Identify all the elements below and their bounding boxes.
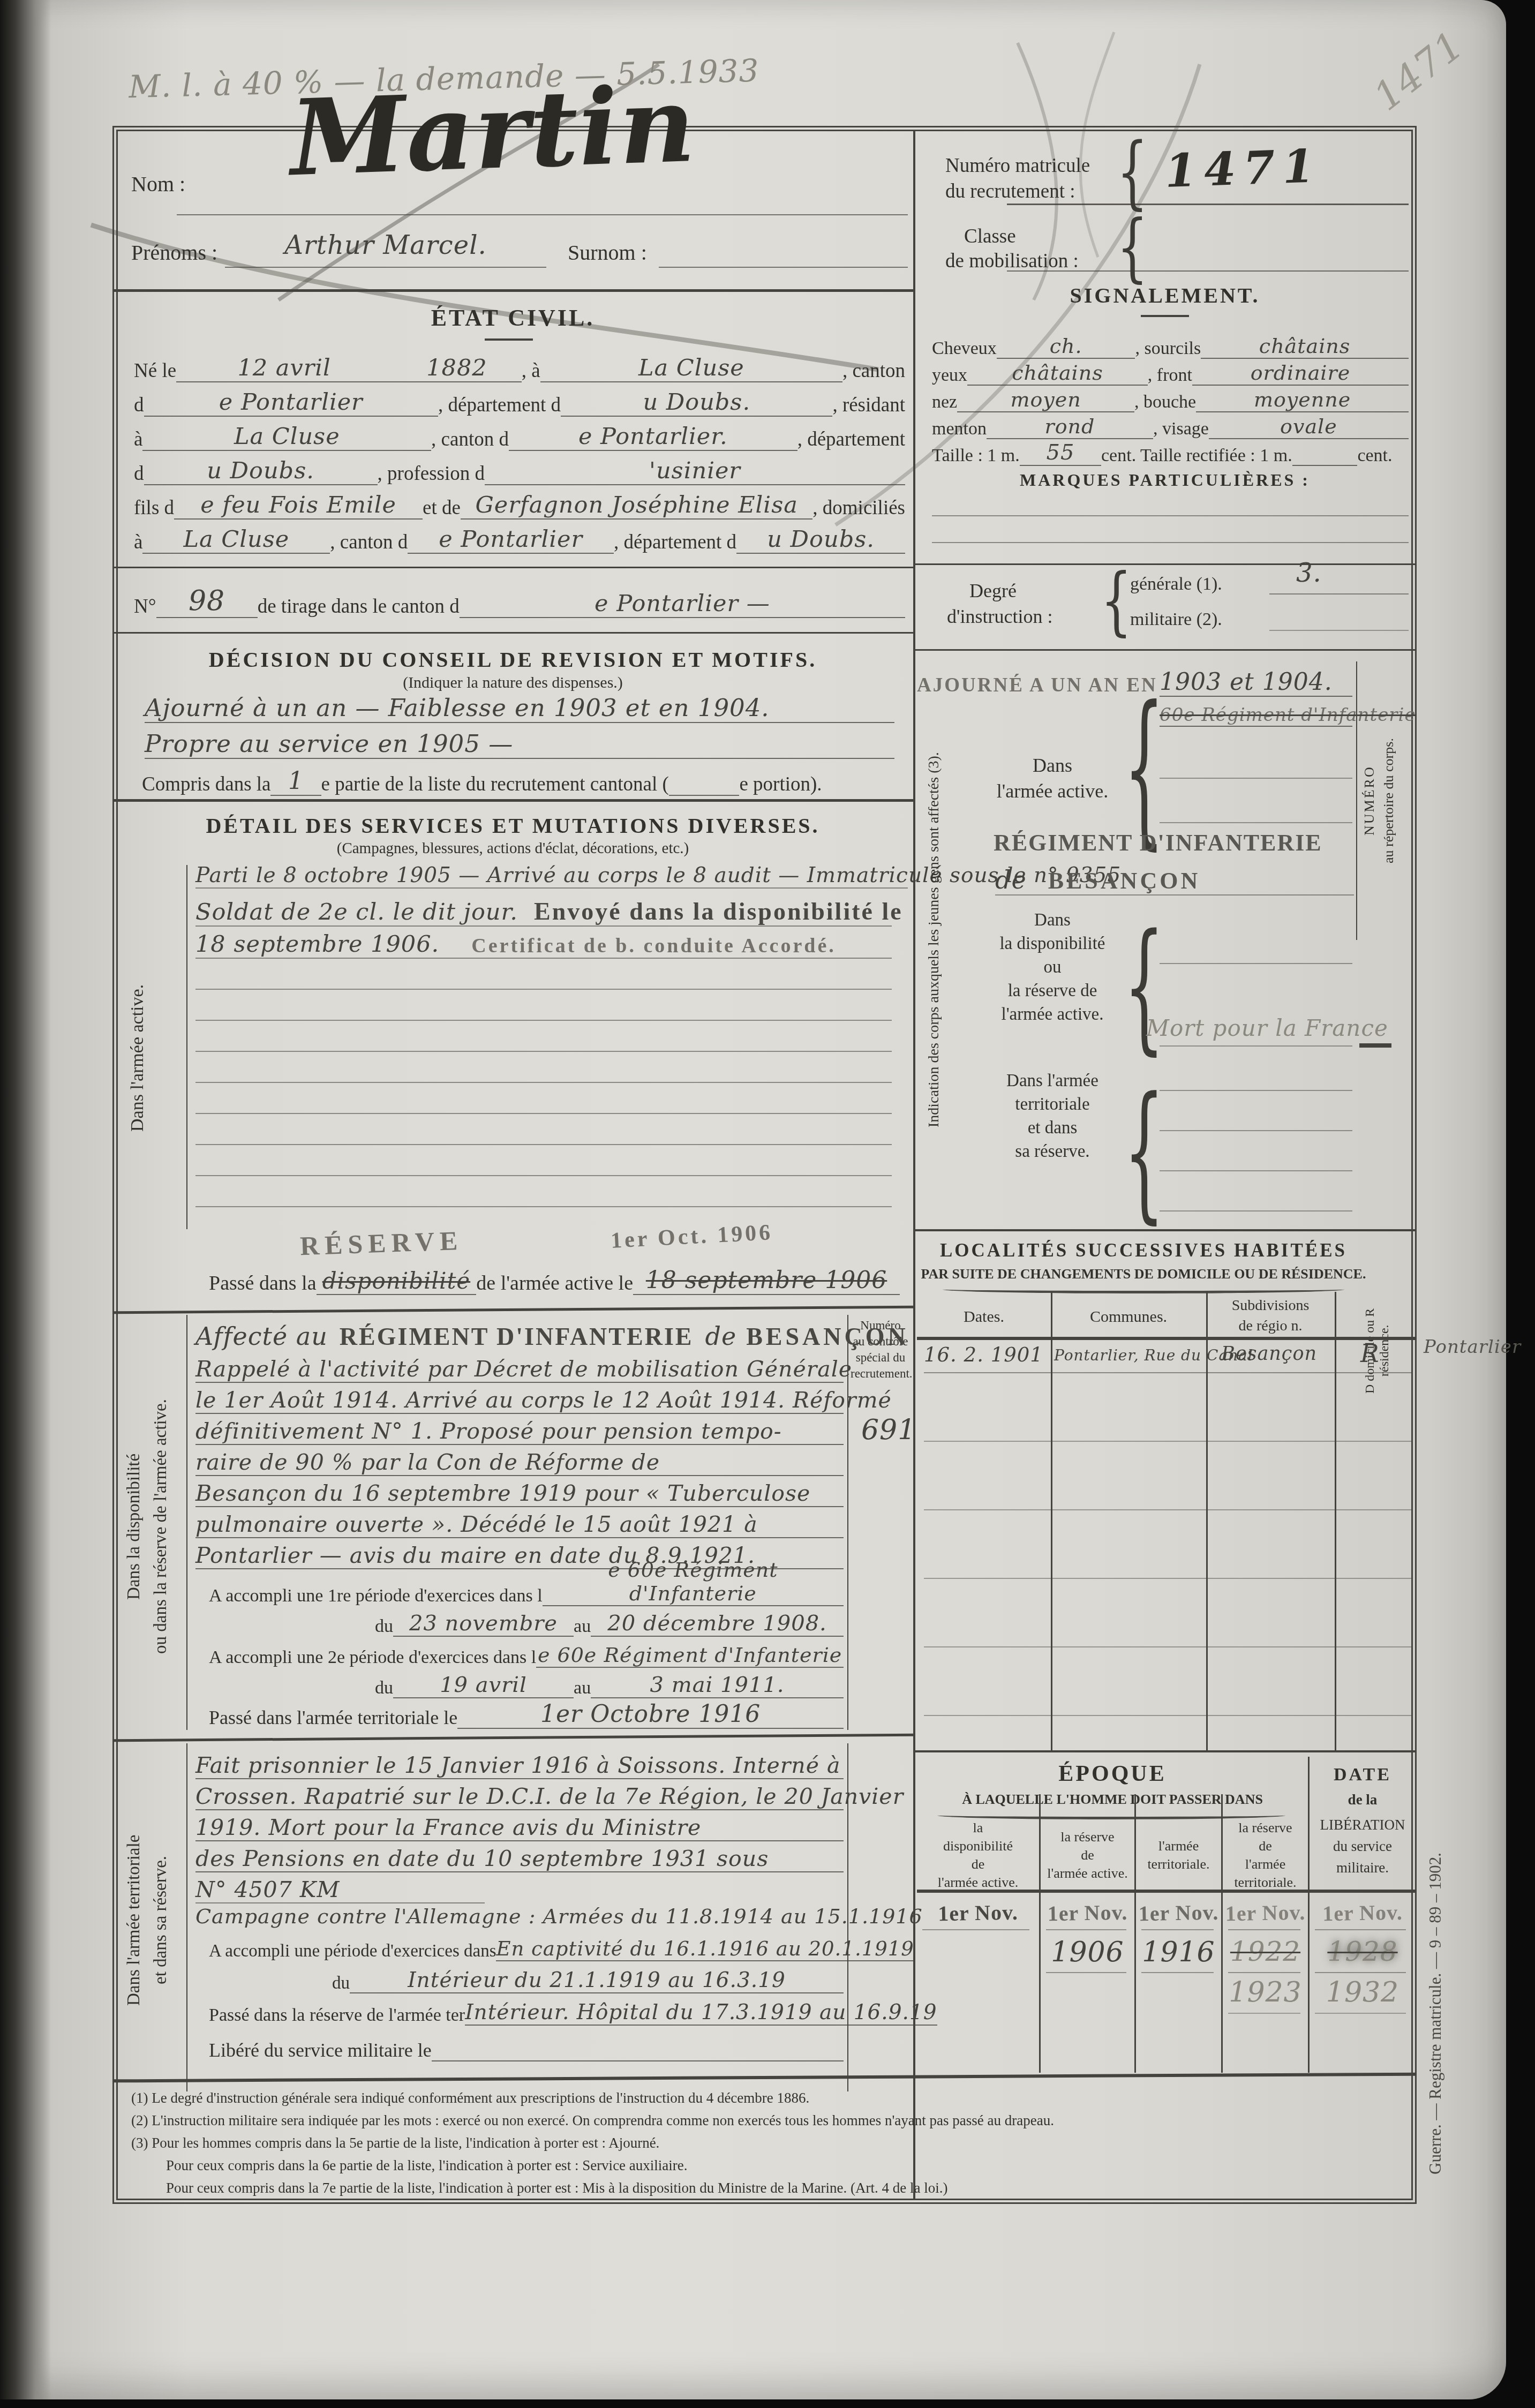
periode-2-date-end: 3 mai 1911. bbox=[591, 1673, 844, 1698]
instruction-bottom-rule bbox=[913, 649, 1417, 651]
departement-label: , département d bbox=[438, 394, 561, 417]
compris-value: 1 bbox=[270, 767, 321, 796]
epoque-nov-2: 1er Nov. bbox=[1041, 1899, 1135, 1926]
disponibilite-side-label-2: ou dans la réserve de l'armée active. bbox=[151, 1323, 171, 1730]
territoriale-side-label-2: et dans sa réserve. bbox=[151, 1751, 171, 2089]
epoque-year-liberation-new: 1932 bbox=[1310, 1976, 1416, 2008]
compris-label-c: e portion). bbox=[739, 773, 822, 796]
generale-label: générale (1). bbox=[1130, 574, 1222, 595]
signalement-row-4: menton rond , visage ovale bbox=[932, 411, 1409, 439]
terr-label-2: territoriale bbox=[988, 1095, 1117, 1115]
disponibilite-left-line bbox=[186, 1315, 187, 1730]
tirage-canton-label: de tirage dans le canton d bbox=[258, 595, 460, 618]
epoque-col2-b: de bbox=[1041, 1847, 1134, 1863]
visage-label: , visage bbox=[1153, 419, 1209, 439]
epoque-col1-c: de bbox=[917, 1856, 1039, 1872]
territoriale-hw-line-6: Campagne contre l'Allemagne : Armées du … bbox=[195, 1905, 844, 1928]
nez-value: moyen bbox=[957, 388, 1134, 412]
passe-territoriale-row: Passé dans l'armée territoriale le 1er O… bbox=[209, 1699, 844, 1729]
envoye-disponibilite-stamp: Envoyé dans la disponibilité le bbox=[534, 897, 903, 925]
regiment-60-entry: 60e Régiment d'Infanterie bbox=[1160, 704, 1352, 727]
etat-civil-row-6: à La Cluse , canton d e Pontarlier , dép… bbox=[134, 521, 905, 554]
disponibilite-hw-line-1: Rappelé à l'activité par Décret de mobil… bbox=[195, 1356, 844, 1383]
periode-1-date-end: 20 décembre 1908. bbox=[591, 1611, 844, 1637]
portion-blank bbox=[669, 795, 740, 796]
sourcils-value: châtains bbox=[1201, 334, 1409, 359]
degre-brace-icon: { bbox=[1101, 558, 1132, 644]
controle-label-3: spécial du bbox=[851, 1351, 911, 1365]
epoque-nov-underline-2 bbox=[1046, 1929, 1126, 1930]
father-value: e feu Fois Emile bbox=[174, 492, 423, 520]
ajourne-stamp: AJOURNÉ A UN AN EN bbox=[917, 674, 1157, 697]
numero-tirage-value: 98 bbox=[156, 585, 258, 618]
localites-blank-row-5 bbox=[924, 1715, 1411, 1716]
localites-col-subdiv-2: de régio n. bbox=[1206, 1318, 1335, 1335]
marques-blank-line-2 bbox=[932, 542, 1409, 543]
libere-blank bbox=[432, 2060, 844, 2061]
epoque-col4-c: l'armée bbox=[1223, 1856, 1308, 1872]
dispo-blank-2 bbox=[1160, 1045, 1352, 1047]
periode-2-du-label: du bbox=[375, 1678, 393, 1698]
generale-underline bbox=[1269, 593, 1409, 595]
localites-blank-row-4 bbox=[924, 1646, 1411, 1647]
epoque-year2-underline-4 bbox=[1228, 2013, 1300, 2014]
territoriale-reserve-value: Intérieur. Hôpital du 17.3.1919 au 16.9.… bbox=[465, 2000, 937, 2026]
sourcils-label: , sourcils bbox=[1135, 338, 1201, 359]
decision-line-2: Propre au service en 1905 — bbox=[145, 729, 894, 759]
decision-line-1: Ajourné à un an — Faiblesse en 1903 et e… bbox=[145, 694, 894, 723]
residence-departement-label: , département bbox=[797, 428, 905, 451]
dept-value: u Doubs. bbox=[144, 457, 378, 485]
epoque-date-3: LIBÉRATION bbox=[1310, 1817, 1416, 1833]
profession-value: 'usinier bbox=[485, 457, 905, 485]
numero-tirage-label: N° bbox=[134, 595, 156, 618]
scanned-register-page: M. l. à 40 % — la demande — 5.5.1933 147… bbox=[0, 0, 1535, 2408]
periode-1-dates-row: du 23 novembre au 20 décembre 1908. bbox=[375, 1608, 844, 1637]
territoriale-periode-value: En captivité du 16.1.1916 au 20.1.1919 bbox=[496, 1937, 914, 1961]
signalement-bottom-rule bbox=[913, 563, 1417, 565]
prenoms-value: Arthur Marcel. bbox=[236, 230, 536, 260]
repertoire-column-line bbox=[1356, 661, 1357, 940]
etat-civil-row-4: d u Doubs. , profession d 'usinier bbox=[134, 452, 905, 485]
terr-blank-2 bbox=[1160, 1130, 1352, 1131]
periode-1-du-label: du bbox=[375, 1616, 393, 1637]
cheveux-label: Cheveux bbox=[932, 338, 997, 359]
armee-active-blank-1 bbox=[1160, 778, 1352, 779]
services-hw-2: Soldat de 2e cl. le dit jour. bbox=[195, 899, 518, 925]
etat-civil-row-2: d e Pontarlier , département d u Doubs. … bbox=[134, 383, 905, 417]
militaire-underline bbox=[1269, 630, 1409, 631]
taille-row: Taille : 1 m. 55 cent. Taille rectifiée … bbox=[932, 438, 1409, 466]
birth-place-value: La Cluse bbox=[540, 355, 842, 382]
corps-bottom-rule bbox=[913, 1229, 1417, 1231]
a-label: , à bbox=[522, 359, 540, 382]
passe-date-strike: 18 septembre 1906 bbox=[633, 1267, 900, 1295]
epoque-colline-2 bbox=[1134, 1794, 1136, 2073]
parents-commune-value: La Cluse bbox=[142, 526, 330, 554]
repertoire-tick bbox=[1359, 1043, 1391, 1048]
armee-active-side-label: Dans l'armée active. bbox=[127, 884, 148, 1232]
epoque-year-underline-3 bbox=[1141, 1972, 1214, 1973]
repertoire-label-1: NUMÉRO bbox=[1361, 669, 1378, 932]
armee-active-blank-2 bbox=[1160, 822, 1352, 823]
dispo-label-3: ou bbox=[988, 958, 1117, 977]
epoque-subtitle: À LAQUELLE L'HOMME DOIT PASSER DANS bbox=[917, 1792, 1308, 1808]
disponibilite-hw-line-5: Besançon du 16 septembre 1919 pour « Tub… bbox=[195, 1480, 844, 1507]
localites-row-underline-1 bbox=[924, 1372, 1411, 1373]
epoque-col1-d: l'armée active. bbox=[917, 1875, 1039, 1891]
epoque-nov-5: 1er Nov. bbox=[1310, 1899, 1416, 1926]
nom-label: Nom : bbox=[131, 171, 185, 197]
classe-underline bbox=[1007, 270, 1409, 272]
corps-side-label: Indication des corps auxquels les jeunes… bbox=[925, 661, 943, 1218]
periode-1-row: A accompli une 1re période d'exercices d… bbox=[209, 1577, 844, 1606]
localites-margin-note: Pontarlier bbox=[1424, 1336, 1521, 1358]
footnote-2: (2) L'instruction militaire sera indiqué… bbox=[131, 2112, 1406, 2129]
tirage-row: N° 98 de tirage dans le canton d e Ponta… bbox=[134, 583, 905, 618]
epoque-header-rule bbox=[917, 1890, 1416, 1893]
epoque-col3-b: territoriale. bbox=[1136, 1856, 1221, 1872]
menton-value: rond bbox=[987, 415, 1153, 439]
epoque-col4-d: territoriale. bbox=[1223, 1875, 1308, 1891]
prenoms-label: Prénoms : bbox=[131, 240, 217, 265]
localites-col-dates: Dates. bbox=[917, 1308, 1051, 1326]
territoriale-hw-line-5: N° 4507 KM bbox=[195, 1877, 485, 1903]
services-left-line bbox=[186, 865, 187, 1229]
residence-canton-label: , canton d bbox=[431, 428, 509, 451]
dispo-blank-1 bbox=[1160, 963, 1352, 964]
compris-label-b: e partie de la liste du recrutement cant… bbox=[321, 773, 669, 796]
regiment-infanterie-stamp-right: RÉGIMENT D'INFANTERIE bbox=[994, 829, 1322, 856]
localites-row-subdiv: Besançon bbox=[1221, 1343, 1328, 1365]
etat-civil-bottom-rule bbox=[112, 567, 913, 568]
epoque-date-1: DATE bbox=[1310, 1765, 1416, 1785]
marques-blank-line-1 bbox=[932, 515, 1409, 516]
canton-value: e Pontarlier bbox=[144, 389, 439, 417]
periode-2-row: A accompli une 2e période d'exercices da… bbox=[209, 1639, 844, 1668]
surnom-label: Surnom : bbox=[568, 240, 647, 265]
territoriale-du-label: du bbox=[332, 1974, 350, 1993]
periode-2-label: A accompli une 2e période d'exercices da… bbox=[209, 1647, 536, 1668]
generale-value: 3. bbox=[1296, 558, 1322, 588]
matricule-underline bbox=[1007, 204, 1409, 205]
certificat-conduite-stamp: Certificat de b. conduite Accordé. bbox=[471, 934, 836, 958]
terr-blank-1 bbox=[1160, 1090, 1352, 1091]
armee-active-label-2: l'armée active. bbox=[991, 780, 1114, 802]
disponibilite-hw-line-3: définitivement N° 1. Proposé pour pensio… bbox=[195, 1418, 844, 1445]
parents-a-label: à bbox=[134, 531, 142, 554]
ajourne-years-hw: 1903 et 1904. bbox=[1160, 668, 1352, 697]
et-de-label: et de bbox=[423, 496, 461, 520]
epoque-nov-3: 1er Nov. bbox=[1136, 1900, 1222, 1927]
territoriale-reserve-label: Passé dans la réserve de l'armée ter bbox=[209, 2005, 465, 2026]
mother-value: Gerfagnon Joséphine Elisa bbox=[461, 492, 812, 520]
prenoms-underline bbox=[225, 267, 546, 268]
localites-col-subdiv-1: Subdivisions bbox=[1206, 1297, 1335, 1314]
territoriale-side-label-1: Dans l'armée territoriale bbox=[124, 1751, 144, 2089]
localites-flourish bbox=[943, 1285, 1344, 1293]
epoque-nov-1: 1er Nov. bbox=[917, 1899, 1040, 1927]
services-subtitle: (Campagnes, blessures, actions d'éclat, … bbox=[112, 840, 913, 857]
services-hw-3: 18 septembre 1906. bbox=[195, 931, 439, 958]
localites-row-dr: R bbox=[1360, 1339, 1380, 1368]
yeux-value: châtains bbox=[967, 361, 1148, 386]
periode-1-label: A accompli une 1re période d'exercices d… bbox=[209, 1586, 543, 1606]
taille-rectifiee-blank bbox=[1292, 465, 1358, 466]
epoque-year-underline-4 bbox=[1228, 1972, 1300, 1973]
passe-disponibilite-strike: disponibilité bbox=[317, 1268, 477, 1295]
territoriale-du-value: Intérieur du 21.1.1919 au 16.3.19 bbox=[350, 1968, 844, 1993]
services-blank-line-1 bbox=[195, 989, 892, 990]
etat-civil-row-5: fils d e feu Fois Emile et de Gerfagnon … bbox=[134, 486, 905, 520]
territoriale-left-line bbox=[186, 1743, 187, 2091]
services-hw-1: Parti le 8 octobre 1905 — Arrivé au corp… bbox=[195, 863, 908, 889]
matricule-label-line2: du recrutement : bbox=[945, 180, 1075, 203]
services-hw-2-row: Soldat de 2e cl. le dit jour. Envoyé dan… bbox=[195, 896, 892, 927]
services-hw-3-row: 18 septembre 1906. Certificat de b. cond… bbox=[195, 928, 892, 959]
parents-canton-label: , canton d bbox=[330, 531, 408, 554]
epoque-col3-a: l'armée bbox=[1136, 1838, 1221, 1854]
yeux-label: yeux bbox=[932, 365, 967, 386]
degre-label-2: d'instruction : bbox=[947, 605, 1052, 628]
periode-2-value: e 60e Régiment d'Infanterie bbox=[536, 1643, 844, 1668]
epoque-date-5: militaire. bbox=[1310, 1860, 1416, 1876]
epoque-top-rule bbox=[913, 1750, 1417, 1752]
compris-row: Compris dans la 1 e partie de la liste d… bbox=[142, 766, 902, 796]
services-blank-line-2 bbox=[195, 1020, 892, 1021]
territoriale-hw-line-4: des Pensions en date du 10 septembre 193… bbox=[195, 1846, 844, 1872]
de-hw-right: de bbox=[995, 866, 1027, 894]
dept-d-label: d bbox=[134, 462, 144, 485]
parents-departement-label: , département d bbox=[614, 531, 736, 554]
epoque-colline-3 bbox=[1221, 1794, 1223, 2073]
regiment-infanterie-stamp-left: RÉGIMENT D'INFANTERIE bbox=[340, 1322, 694, 1351]
marques-title: MARQUES PARTICULIÈRES : bbox=[913, 470, 1417, 490]
epoque-year-reserve-active: 1906 bbox=[1041, 1936, 1134, 1968]
registre-matricule-margin: Guerre. — Registre matricule. — 9 – 89 –… bbox=[1426, 1650, 1445, 2378]
services-blank-line-6 bbox=[195, 1144, 892, 1145]
compris-label-a: Compris dans la bbox=[142, 773, 270, 796]
epoque-col2-a: la réserve bbox=[1041, 1829, 1134, 1845]
armee-active-label-1: Dans bbox=[991, 754, 1114, 777]
territoriale-reserve-row: Passé dans la réserve de l'armée ter Int… bbox=[209, 1997, 844, 2026]
taille-value: 55 bbox=[1020, 440, 1101, 466]
de-hw: de bbox=[705, 1322, 737, 1351]
footnote-1: (1) Le degré d'instruction générale sera… bbox=[131, 2090, 1406, 2106]
epoque-year-underline-2 bbox=[1046, 1972, 1126, 1973]
besancon-row-right: de BESANÇON bbox=[995, 863, 1354, 896]
territoriale-hw-line-1: Fait prisonnier le 15 Janvier 1916 à Soi… bbox=[195, 1752, 844, 1779]
epoque-year-liberation-old: 1928 bbox=[1310, 1936, 1416, 1967]
residence-canton-value: e Pontarlier. bbox=[509, 423, 797, 451]
front-label: , front bbox=[1148, 365, 1192, 386]
localites-colline-1 bbox=[1051, 1292, 1052, 1750]
cheveux-value: ch. bbox=[997, 334, 1135, 359]
taille-label-b: cent. Taille rectifiée : 1 m. bbox=[1101, 446, 1292, 466]
passe-territoriale-label: Passé dans l'armée territoriale le bbox=[209, 1706, 457, 1729]
militaire-label: militaire (2). bbox=[1130, 609, 1222, 630]
departement-value: u Doubs. bbox=[561, 389, 832, 417]
epoque-year-territoriale: 1916 bbox=[1136, 1936, 1221, 1968]
localites-header-rule bbox=[917, 1337, 1416, 1340]
epoque-col4-a: la réserve bbox=[1223, 1820, 1308, 1836]
signalement-row-1: Cheveux ch. , sourcils châtains bbox=[932, 331, 1409, 359]
footnote-4: Pour ceux compris dans la 6e partie de l… bbox=[166, 2157, 1406, 2174]
ne-le-label: Né le bbox=[134, 359, 176, 382]
periode-2-date-start: 19 avril bbox=[393, 1673, 574, 1698]
periode-2-au-label: au bbox=[574, 1678, 591, 1698]
epoque-col4-b: de bbox=[1223, 1838, 1308, 1854]
residence-a-label: à bbox=[134, 428, 142, 451]
reserve-stamp: RÉSERVE bbox=[299, 1225, 463, 1262]
libere-row: Libéré du service militaire le bbox=[209, 2033, 844, 2061]
bouche-label: , bouche bbox=[1134, 392, 1196, 412]
periode-2-dates-row: du 19 avril au 3 mai 1911. bbox=[375, 1669, 844, 1698]
affecte-row: Affecté au RÉGIMENT D'INFANTERIE de BESA… bbox=[195, 1319, 844, 1351]
passe-label-b: de l'armée active le bbox=[476, 1271, 633, 1295]
localites-title-2: PAR SUITE DE CHANGEMENTS DE DOMICILE OU … bbox=[913, 1266, 1374, 1282]
dispo-label-5: l'armée active. bbox=[988, 1005, 1117, 1025]
mort-pour-la-france-hw: Mort pour la France bbox=[1146, 1015, 1387, 1041]
terr-brace-icon: { bbox=[1124, 1067, 1164, 1238]
residant-label: , résidant bbox=[832, 394, 905, 417]
nom-underline bbox=[177, 214, 908, 215]
services-blank-line-3 bbox=[195, 1051, 892, 1052]
nez-label: nez bbox=[932, 392, 957, 412]
birth-year-value: 1882 bbox=[392, 355, 522, 382]
passe-label-a: Passé dans la bbox=[209, 1271, 317, 1295]
epoque-date-2: de la bbox=[1310, 1792, 1416, 1808]
localites-blank-row-2 bbox=[924, 1509, 1411, 1510]
dispo-label-1: Dans bbox=[988, 910, 1117, 930]
matricule-label-line1: Numéro matricule bbox=[945, 154, 1090, 177]
footnote-3: (3) Pour les hommes compris dans la 5e p… bbox=[131, 2135, 1406, 2151]
dispo-label-2: la disponibilité bbox=[988, 934, 1117, 954]
besancon-stamp-left: BESANÇON bbox=[746, 1322, 909, 1351]
controle-value: 691 bbox=[861, 1414, 916, 1446]
epoque-col1-a: la bbox=[917, 1820, 1039, 1836]
territoriale-hw-line-2: Crossen. Rapatrié sur le D.C.I. de la 7e… bbox=[195, 1784, 844, 1810]
besancon-stamp-right: BESANÇON bbox=[1048, 867, 1201, 894]
epoque-nov-underline-4 bbox=[1228, 1929, 1300, 1930]
decision-bottom-rule bbox=[112, 799, 913, 802]
etat-civil-row-3: à La Cluse , canton d e Pontarlier. , dé… bbox=[134, 418, 905, 451]
footnote-5: Pour ceux compris dans la 7e partie de l… bbox=[166, 2180, 1406, 2196]
territoriale-periode-label: A accompli une période d'exercices dans bbox=[209, 1942, 496, 1961]
disponibilite-hw-line-6: pulmonaire ouverte ». Décédé le 15 août … bbox=[195, 1511, 844, 1538]
terr-label-1: Dans l'armée bbox=[988, 1071, 1117, 1091]
parents-departement-value: u Doubs. bbox=[736, 526, 905, 554]
signalement-row-3: nez moyen , bouche moyenne bbox=[932, 385, 1409, 412]
localites-blank-row-1 bbox=[924, 1441, 1411, 1442]
disponibilite-hw-line-4: raire de 90 % par la Con de Réforme de bbox=[195, 1449, 844, 1476]
fils-de-label: fils d bbox=[134, 496, 174, 520]
disponibilite-hw-line-2: le 1er Août 1914. Arrivé au corps le 12 … bbox=[195, 1387, 844, 1414]
menton-label: menton bbox=[932, 419, 987, 439]
decision-title: DÉCISION DU CONSEIL DE REVISION ET MOTIF… bbox=[112, 647, 913, 672]
column-divider bbox=[913, 131, 915, 2199]
periode-1-date-start: 23 novembre bbox=[393, 1611, 574, 1637]
localites-col-communes: Communes. bbox=[1051, 1308, 1206, 1326]
controle-label-4: recrutement. bbox=[851, 1367, 911, 1381]
localites-row-commune: Pontarlier, Rue du Canal bbox=[1054, 1346, 1204, 1364]
profession-label: , profession d bbox=[378, 462, 485, 485]
taille-label-a: Taille : 1 m. bbox=[932, 446, 1020, 466]
epoque-year-underline-5 bbox=[1315, 1972, 1406, 1973]
degre-label-1: Degré bbox=[969, 580, 1017, 602]
header-bottom-rule bbox=[112, 289, 913, 292]
front-value: ordinaire bbox=[1192, 361, 1409, 386]
disponibilite-side-label-1: Dans la disponibilité bbox=[124, 1323, 144, 1730]
dispo-label-4: la réserve de bbox=[988, 981, 1117, 1001]
etat-civil-title-rule bbox=[485, 338, 533, 341]
epoque-nov-underline-5 bbox=[1315, 1929, 1406, 1930]
etat-civil-row-1: Né le 12 avril 1882 , à La Cluse , canto… bbox=[134, 349, 905, 382]
visage-value: ovale bbox=[1209, 415, 1409, 439]
tirage-bottom-rule bbox=[112, 632, 913, 634]
localites-blank-row-3 bbox=[924, 1578, 1411, 1579]
signalement-title: SIGNALEMENT. bbox=[913, 283, 1417, 308]
tirage-canton-value: e Pontarlier — bbox=[460, 590, 905, 618]
epoque-flourish bbox=[937, 1811, 1285, 1819]
epoque-nov-underline-3 bbox=[1141, 1929, 1214, 1930]
epoque-year2-underline-5 bbox=[1315, 2013, 1406, 2014]
domicilies-label: , domiciliés bbox=[812, 496, 905, 520]
terr-label-3: et dans bbox=[988, 1118, 1117, 1138]
localites-row-date: 16. 2. 1901 bbox=[924, 1343, 1047, 1366]
epoque-col2-c: l'armée active. bbox=[1041, 1865, 1134, 1882]
territoriale-hw-line-3: 1919. Mort pour la France avis du Minist… bbox=[195, 1815, 844, 1841]
terr-label-4: sa réserve. bbox=[988, 1142, 1117, 1162]
etat-civil-title: ÉTAT CIVIL. bbox=[112, 304, 913, 332]
services-blank-line-7 bbox=[195, 1175, 892, 1176]
residence-value: La Cluse bbox=[142, 423, 431, 451]
parents-canton-value: e Pontarlier bbox=[408, 526, 614, 554]
classe-brace-icon: { bbox=[1117, 204, 1148, 290]
libere-label: Libéré du service militaire le bbox=[209, 2039, 432, 2061]
classe-label-line1: Classe bbox=[964, 225, 1016, 248]
passe-disponibilite-row: Passé dans la disponibilité de l'armée a… bbox=[209, 1264, 900, 1295]
services-blank-line-4 bbox=[195, 1082, 892, 1083]
bouche-value: moyenne bbox=[1196, 388, 1409, 412]
repertoire-label-2: au répertoire du corps. bbox=[1381, 669, 1397, 932]
dispo-brace-icon: { bbox=[1124, 905, 1164, 1069]
nom-value: Martin bbox=[223, 61, 762, 202]
localites-colline-3 bbox=[1335, 1292, 1336, 1750]
canton-label: , canton bbox=[842, 359, 905, 382]
terr-blank-4 bbox=[1160, 1210, 1352, 1211]
matricule-value: 1471 bbox=[1164, 139, 1322, 198]
services-blank-line-8 bbox=[195, 1206, 892, 1207]
de-label: d bbox=[134, 394, 144, 417]
affecte-hw: Affecté au bbox=[195, 1322, 328, 1351]
surnom-underline bbox=[659, 267, 908, 268]
territoriale-du-row: du Intérieur du 21.1.1919 au 16.3.19 bbox=[332, 1965, 844, 1993]
epoque-year-reserve-terr-new: 1923 bbox=[1223, 1976, 1308, 2008]
birth-day-value: 12 avril bbox=[176, 355, 392, 382]
epoque-nov-underline-1 bbox=[922, 1929, 1029, 1930]
periode-1-value: e 60e Régiment d'Infanterie bbox=[543, 1558, 844, 1606]
signalement-row-2: yeux châtains , front ordinaire bbox=[932, 358, 1409, 386]
territoriale-periode-row: A accompli une période d'exercices dans … bbox=[209, 1932, 844, 1961]
services-title: DÉTAIL DES SERVICES ET MUTATIONS DIVERSE… bbox=[112, 813, 913, 838]
services-blank-line-5 bbox=[195, 1113, 892, 1114]
epoque-col1-b: disponibilité bbox=[917, 1838, 1039, 1854]
signalement-title-rule bbox=[1141, 315, 1189, 317]
epoque-year-reserve-terr-old: 1922 bbox=[1223, 1936, 1308, 1967]
epoque-nov-4: 1er Nov. bbox=[1223, 1900, 1308, 1927]
terr-blank-3 bbox=[1160, 1170, 1352, 1171]
